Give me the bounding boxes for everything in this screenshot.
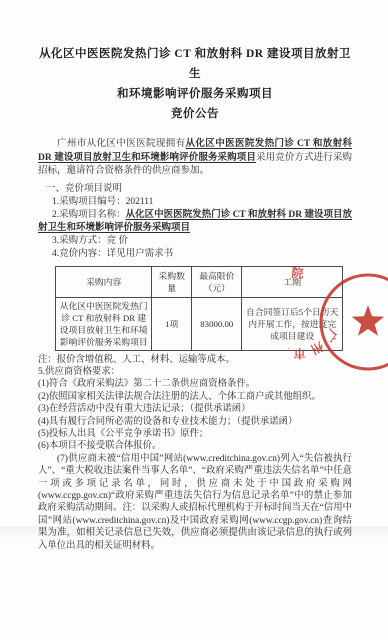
seal-star-icon xyxy=(352,305,384,336)
header-purchase-quantity: 采购数量 xyxy=(152,266,192,297)
project-name-label: 2.采购项目名称： xyxy=(52,210,126,220)
scanned-document-page: 从化区中医医院发热门诊 CT 和放射科 DR 建设项目放射卫生 和环境影响评价服… xyxy=(0,0,388,640)
title-line-1: 从化区中医医院发热门诊 CT 和放射科 DR 建设项目放射卫生 xyxy=(38,44,352,84)
project-number-value: 202111 xyxy=(126,197,154,207)
intro-prefix: 广州市从化区中医医院现拥有 xyxy=(57,139,186,149)
seal-ring xyxy=(321,275,388,369)
header-max-price: 最高限价（元） xyxy=(192,266,242,297)
project-number-label: 1.采购项目编号： xyxy=(52,197,126,207)
qualification-item-5: (5)投标人出具《公平竞争承诺书》原件； xyxy=(38,428,352,440)
document-title: 从化区中医医院发热门诊 CT 和放射科 DR 建设项目放射卫生 和环境影响评价服… xyxy=(38,44,352,124)
cell-purchase-content: 从化区中医医院发热门诊 CT 和放射科 DR 建设项目放射卫生和环境影响评价服务… xyxy=(56,297,152,350)
qualification-item-4: (4)具有履行合同所必需的设备和专业技术能力；（提供承诺函） xyxy=(38,416,352,428)
item-project-number: 1.采购项目编号：202111 xyxy=(38,196,352,209)
cell-max-price: 83000.00 xyxy=(192,297,242,350)
seal-ring-text: 广州市从化区中医医院 xyxy=(288,265,341,362)
header-purchase-content: 采购内容 xyxy=(56,266,152,297)
title-line-3: 竞价公告 xyxy=(38,104,352,124)
seal-ring-text-path: 广州市从化区中医医院 xyxy=(288,265,341,362)
qualification-item-7: (7)供应商未被“信用中国”网站(www.creditchina.gov.cn)… xyxy=(38,453,352,552)
title-line-2: 和环境影响评价服务采购项目 xyxy=(38,84,352,104)
qualification-item-6: (6)本项目不接受联合体报价。 xyxy=(38,440,352,452)
intro-paragraph: 广州市从化区中医医院现拥有从化区中医医院发热门诊 CT 和放射科 DR 建设项目… xyxy=(38,138,352,179)
section1-heading: 一、竞价项目说明 xyxy=(38,183,352,196)
cell-purchase-quantity: 1项 xyxy=(152,297,192,350)
official-red-seal: 广州市从化区中医医院 xyxy=(288,230,388,400)
qualification-item-3: (3)在经营活动中没有重大违法记录；（提供承诺函） xyxy=(38,403,352,415)
